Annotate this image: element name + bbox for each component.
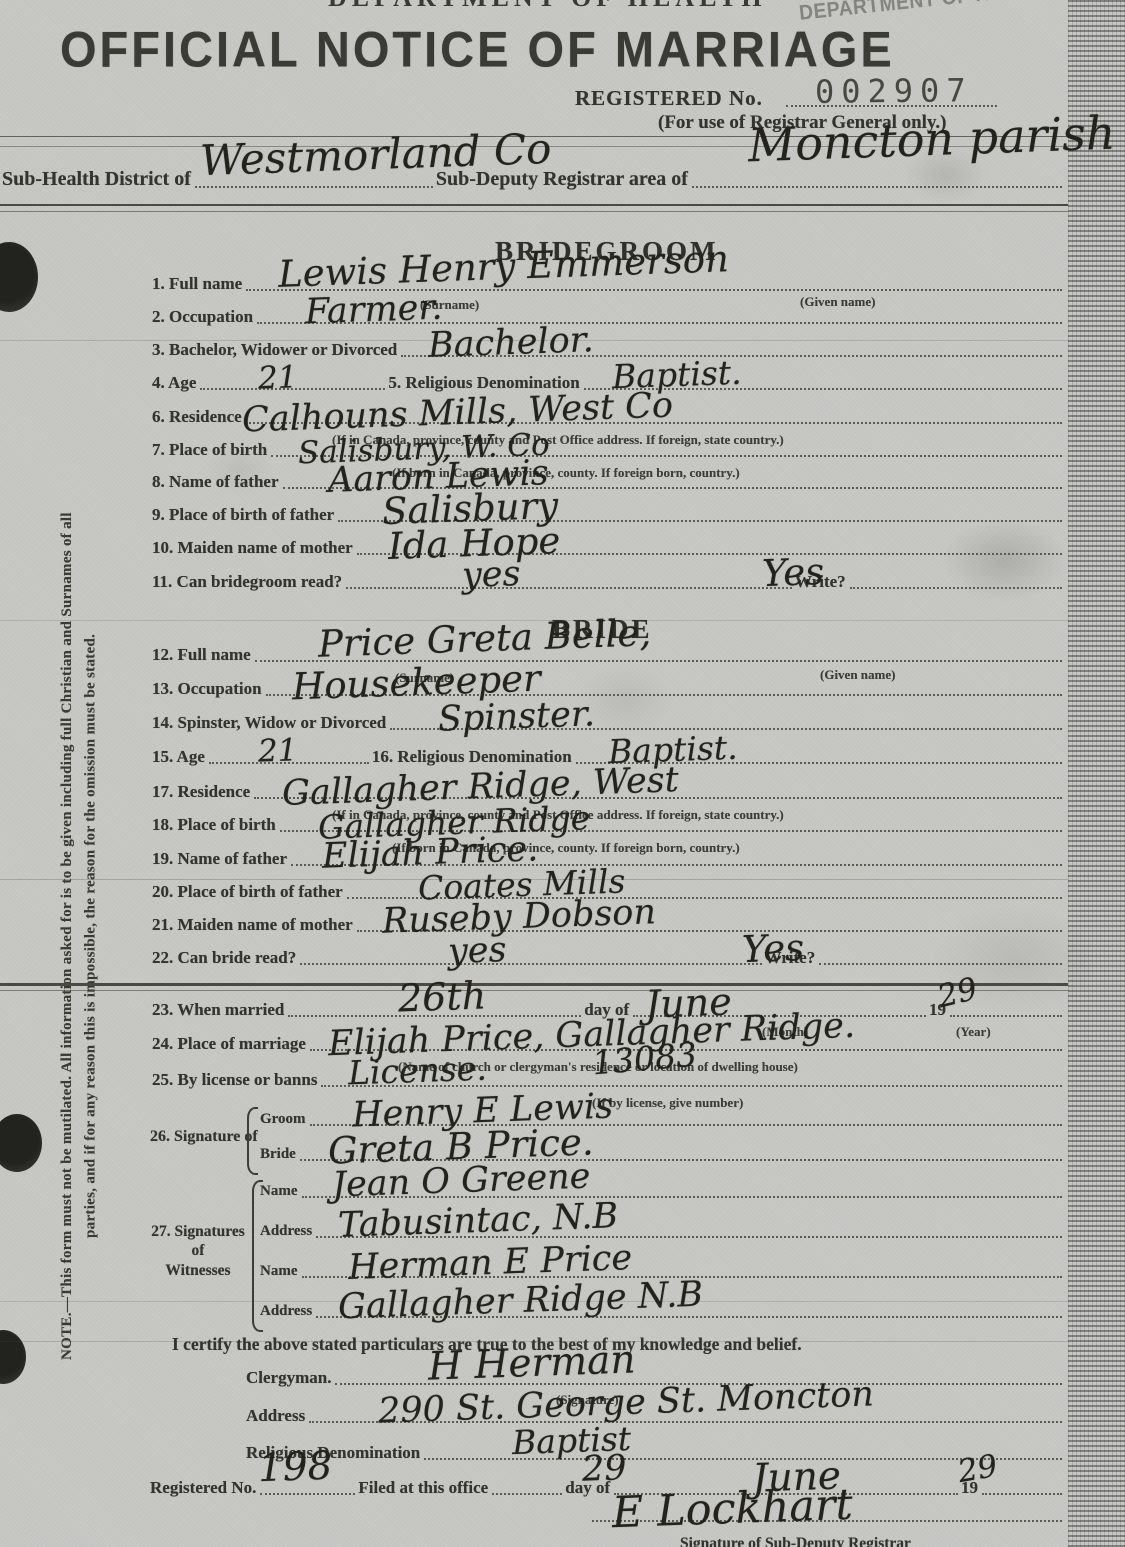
field-label: 25. By license or banns	[152, 1071, 317, 1090]
field-label: 11. Can bridegroom read?	[152, 573, 342, 592]
address-label: Address	[260, 1304, 312, 1321]
field-br-status: 14. Spinster, Widow or Divorced	[152, 714, 1065, 733]
handwritten-license: License.	[347, 1052, 487, 1090]
field-label: 12. Full name	[152, 646, 251, 665]
punch-hole	[0, 1330, 26, 1384]
punch-hole	[0, 1114, 42, 1172]
field-bg-mother: 10. Maiden name of mother	[152, 539, 1065, 558]
registered-label: Registered No.	[150, 1479, 256, 1498]
dotted-line	[692, 186, 1062, 188]
handwritten-bg-occupation: Farmer.	[304, 291, 443, 331]
handwritten-br-age: 21	[257, 735, 298, 767]
field-bg-father-birthplace: 9. Place of birth of father	[152, 506, 1065, 525]
witnesses-label-line2: of	[146, 1241, 250, 1260]
marriage-notice-document: DEPARTMENT OF HEALTH DEPARTMENT OF HEALT…	[0, 0, 1125, 1547]
field-clergyman-denomination: Religious Denomination	[246, 1444, 1065, 1463]
field-label: 9. Place of birth of father	[152, 506, 334, 525]
name-label: Name	[260, 1264, 298, 1281]
handwritten-bg-status: Bachelor.	[427, 323, 594, 364]
punch-hole	[0, 242, 38, 312]
side-note: NOTE.—This form must not be mutilated. A…	[56, 392, 104, 1480]
name-label: Name	[260, 1184, 298, 1201]
handwritten-clergyman-signature: H Herman	[427, 1340, 636, 1386]
side-note-line2: parties, and if for any reason this is i…	[79, 392, 102, 1480]
handwritten-wedding-day: 26th	[397, 976, 486, 1017]
registered-no-value: 002907	[815, 71, 973, 111]
rule-line	[0, 204, 1068, 206]
witnesses-label-line1: 27. Signatures	[146, 1222, 250, 1241]
handwritten-registered-no: 198	[257, 1447, 333, 1489]
field-label: 13. Occupation	[152, 680, 262, 699]
field-bg-father: 8. Name of father	[152, 473, 1065, 492]
handwritten-br-write: Yes	[741, 929, 804, 968]
field-label: 1. Full name	[152, 275, 242, 294]
field-label: 15. Age	[152, 748, 205, 767]
handwritten-br-status: Spinster.	[437, 697, 595, 737]
address-label: Address	[260, 1224, 312, 1241]
field-bg-occupation: 2. Occupation	[152, 308, 1065, 327]
scan-edge-band	[1068, 0, 1125, 1547]
bride-label: Bride	[260, 1147, 296, 1164]
field-br-read-write: 22. Can bride read? Write?	[152, 949, 1065, 968]
handwritten-witness1-name: Jean O Greene	[331, 1160, 591, 1204]
dotted-line	[982, 1493, 1062, 1495]
dotted-line	[195, 186, 433, 188]
dotted-line	[260, 1493, 355, 1495]
field-label: 23. When married	[152, 1001, 284, 1020]
dotted-line	[346, 587, 792, 589]
field-br-birthplace: 18. Place of birth	[152, 816, 1065, 835]
field-label: 14. Spinster, Widow or Divorced	[152, 714, 386, 733]
handwritten-br-read: yes	[447, 933, 507, 970]
field-label: 21. Maiden name of mother	[152, 916, 353, 935]
district-label: Sub-Health District of	[2, 169, 191, 191]
department-header-cropped: DEPARTMENT OF HEALTH	[328, 0, 767, 13]
rule-line	[0, 990, 1068, 991]
rule-line	[0, 983, 1068, 986]
field-label: 17. Residence	[152, 783, 250, 802]
side-note-line1: NOTE.—This form must not be mutilated. A…	[56, 392, 79, 1480]
field-label: 18. Place of birth	[152, 816, 276, 835]
handwritten-license-number: 13083	[591, 1037, 698, 1079]
field-label: 19. Name of father	[152, 850, 287, 869]
handwritten-filed-year: 29	[956, 1451, 1000, 1488]
handwritten-filed-day: 29	[581, 1451, 627, 1488]
field-bg-read-write: 11. Can bridegroom read? Write?	[152, 573, 1065, 592]
field-label: 22. Can bride read?	[152, 949, 296, 968]
field-bg-status: 3. Bachelor, Widower or Divorced	[152, 341, 1065, 360]
field-bg-birthplace: 7. Place of birth	[152, 441, 1065, 460]
clergyman-label: Clergyman.	[246, 1369, 331, 1388]
field-label: 3. Bachelor, Widower or Divorced	[152, 341, 397, 360]
handwritten-br-full-name: Price Greta Belle,	[317, 614, 651, 663]
field-label: 20. Place of birth of father	[152, 883, 343, 902]
handwritten-district: Westmorland Co	[199, 128, 552, 182]
dotted-line	[492, 1493, 562, 1495]
dotted-line	[300, 963, 761, 965]
field-label: 2. Occupation	[152, 308, 253, 327]
field-label: 4. Age	[152, 374, 196, 393]
witnesses-label: 27. Signatures of Witnesses	[146, 1222, 250, 1280]
handwritten-br-mother: Ruseby Dobson	[381, 895, 656, 940]
signature-of-label: 26. Signature of	[150, 1128, 258, 1146]
field-br-occupation: 13. Occupation	[152, 680, 1065, 699]
handwritten-registrar-signature: E Lockhart	[611, 1484, 853, 1535]
license-note: (If by license, give number)	[592, 1095, 743, 1111]
rule-line	[0, 211, 1068, 212]
field-label: 10. Maiden name of mother	[152, 539, 353, 558]
registered-no-label: REGISTERED No.	[575, 86, 763, 111]
field-label: 7. Place of birth	[152, 441, 267, 460]
dotted-line	[950, 1015, 1062, 1017]
witnesses-label-line3: Witnesses	[146, 1261, 250, 1280]
handwritten-bg-read: yes	[461, 557, 521, 594]
bracket	[247, 1107, 258, 1175]
groom-label: Groom	[260, 1112, 306, 1129]
dotted-line	[819, 963, 1062, 965]
field-label: 24. Place of marriage	[152, 1035, 306, 1054]
field-label: 8. Name of father	[152, 473, 279, 492]
handwritten-witness1-address: Tabusintac, N.B	[337, 1199, 618, 1244]
handwritten-bg-write: Yes	[761, 553, 824, 592]
handwritten-wedding-year: 29	[935, 974, 981, 1014]
handwritten-bg-age: 21	[257, 362, 298, 394]
handwritten-deputy-area: Moncton parish	[747, 110, 1116, 169]
registrar-signature-note: Signature of Sub-Deputy Registrar	[680, 1535, 911, 1547]
field-label: 6. Residence	[152, 408, 242, 427]
filed-label: Filed at this office	[358, 1479, 488, 1498]
document-title: OFFICIAL NOTICE OF MARRIAGE	[60, 20, 895, 78]
dotted-line	[850, 587, 1062, 589]
address-label: Address	[246, 1407, 305, 1426]
